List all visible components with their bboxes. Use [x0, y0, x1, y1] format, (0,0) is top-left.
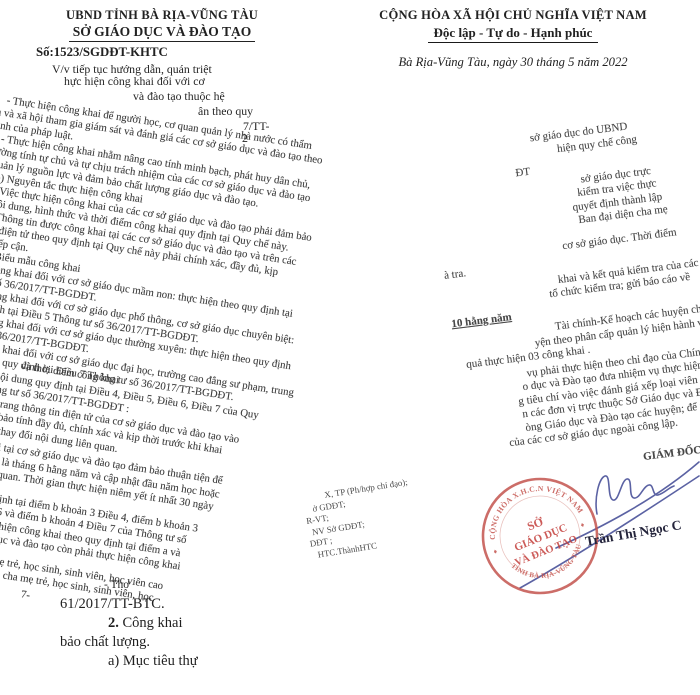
document-number: Số:1523/SGDĐT-KHTC [36, 45, 296, 60]
circular-reference: 61/2017/TT-BTC. [60, 595, 198, 614]
header-fragment: hực hiện công khai đối với cơ [64, 74, 205, 89]
item-2-number: 2. [108, 615, 119, 631]
item-2-title: Công khai [123, 615, 183, 631]
national-title: CỘNG HÒA XÃ HỘI CHỦ NGHĨA VIỆT NAM [330, 8, 696, 23]
item-2-heading: 2. Công khai [108, 614, 198, 633]
item-2-continuation: bảo chất lượng. [60, 633, 198, 652]
issuing-org-parent: UBND TỈNH BÀ RỊA-VŨNG TÀU [28, 8, 296, 23]
national-motto: Độc lập - Tự do - Hạnh phúc [428, 25, 599, 43]
sub-item-a: a) Mục tiêu thự [108, 652, 198, 671]
base-fragment: - Thơ [104, 576, 198, 595]
header-fragment: và đào tạo thuộc hệ [133, 89, 225, 104]
signature-loops [596, 476, 674, 514]
header-fragment: ân theo quy [198, 104, 253, 119]
date-line: Bà Rịa-Vũng Tàu, ngày 30 tháng 5 năm 202… [330, 55, 696, 70]
scanned-document: UBND TỈNH BÀ RỊA-VŨNG TÀU SỞ GIÁO DỤC VÀ… [0, 0, 700, 695]
header-right: CỘNG HÒA XÃ HỘI CHỦ NGHĨA VIỆT NAM Độc l… [330, 8, 696, 70]
seal-diamond-left: ♦ [493, 547, 499, 556]
header-left: UBND TỈNH BÀ RỊA-VŨNG TÀU SỞ GIÁO DỤC VÀ… [28, 8, 296, 77]
base-page-block: - Thơ 61/2017/TT-BTC. 2. Công khai bảo c… [60, 576, 198, 671]
seal-diamond-right: ♦ [580, 521, 586, 530]
issuing-org-name: SỞ GIÁO DỤC VÀ ĐÀO TẠO [69, 24, 255, 42]
